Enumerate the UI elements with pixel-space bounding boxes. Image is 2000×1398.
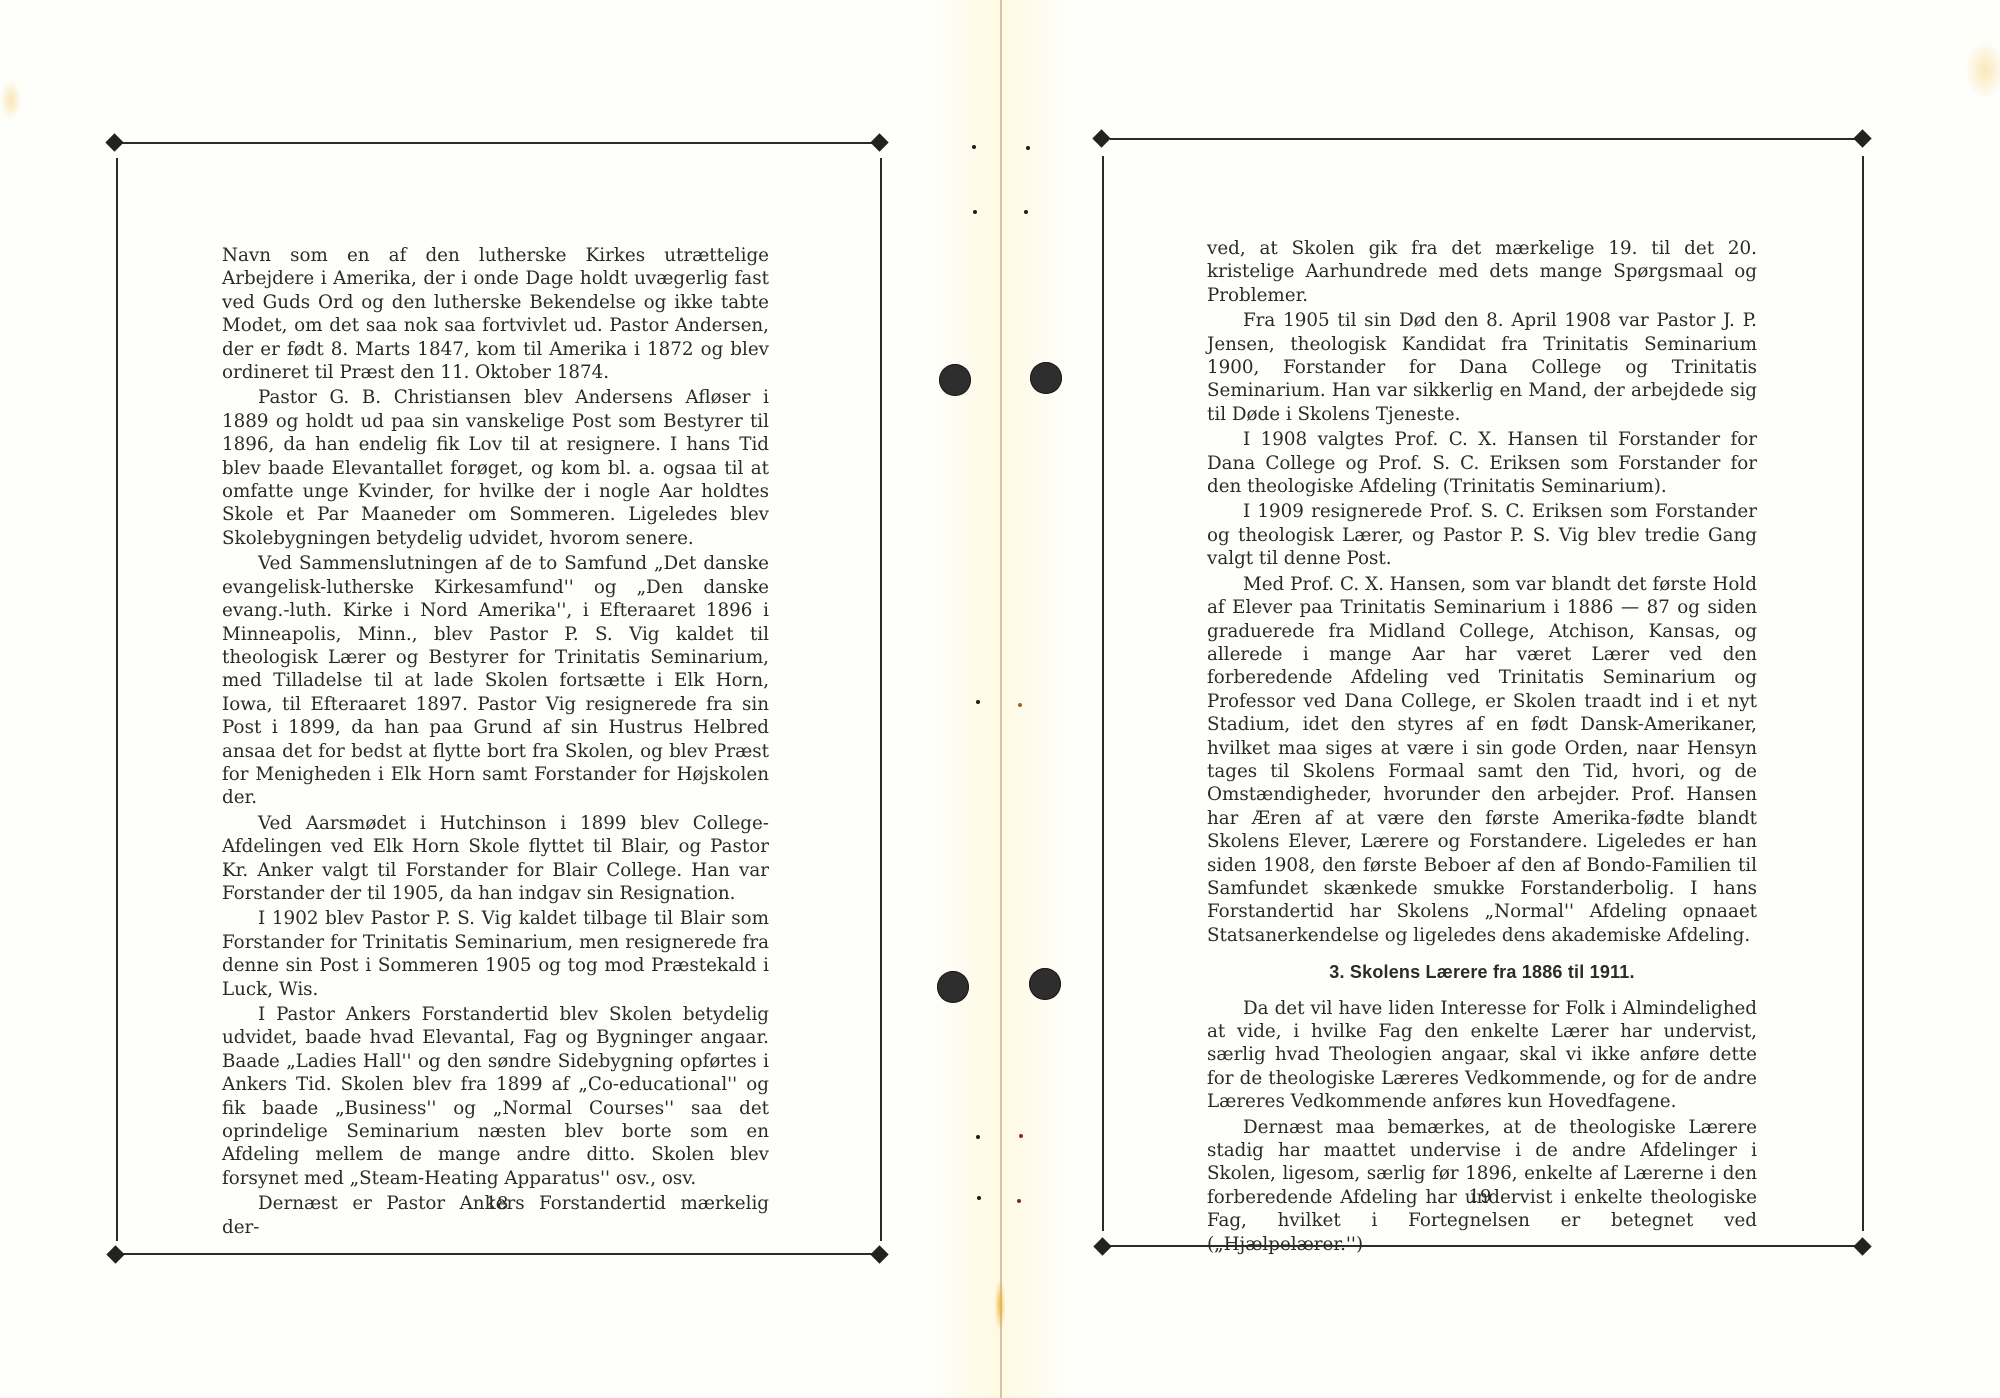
punch-hole bbox=[1030, 362, 1062, 394]
paragraph: I 1902 blev Pastor P. S. Vig kaldet tilb… bbox=[222, 907, 769, 1001]
book-spread: Navn som en af den lutherske Kirkes utræ… bbox=[0, 0, 2000, 1398]
binding-speck bbox=[972, 145, 976, 149]
paper-stain bbox=[0, 80, 22, 120]
paper-stain bbox=[1965, 40, 2000, 100]
paragraph: I 1908 valgtes Prof. C. X. Hansen til Fo… bbox=[1207, 428, 1757, 498]
corner-diamond-icon bbox=[870, 1245, 888, 1263]
page-border-left bbox=[1102, 156, 1104, 1231]
corner-diamond-icon bbox=[106, 1245, 124, 1263]
page-border-top bbox=[120, 142, 880, 144]
binding-speck bbox=[1018, 703, 1022, 707]
paragraph: Navn som en af den lutherske Kirkes utræ… bbox=[222, 244, 769, 384]
paragraph: Med Prof. C. X. Hansen, som var blandt d… bbox=[1207, 573, 1757, 948]
corner-diamond-icon bbox=[870, 133, 888, 151]
corner-diamond-icon bbox=[1092, 129, 1110, 147]
binding-speck bbox=[973, 210, 977, 214]
paragraph: I 1909 resignerede Prof. S. C. Eriksen s… bbox=[1207, 500, 1757, 570]
page-border-right bbox=[1862, 156, 1864, 1231]
paragraph: Da det vil have liden Interesse for Folk… bbox=[1207, 997, 1757, 1114]
right-page-body: ved, at Skolen gik fra det mærkelige 19.… bbox=[1207, 237, 1757, 1258]
page-number: 19 bbox=[1430, 1186, 1530, 1207]
corner-diamond-icon bbox=[105, 133, 123, 151]
binding-speck bbox=[1026, 146, 1030, 150]
paragraph: Ved Sammenslutningen af de to Samfund „D… bbox=[222, 552, 769, 809]
corner-diamond-icon bbox=[1853, 1237, 1871, 1255]
page-number: 18 bbox=[447, 1193, 547, 1214]
binding-speck bbox=[976, 700, 980, 704]
binding-speck bbox=[1019, 1134, 1023, 1138]
book-spine bbox=[1000, 0, 1002, 1398]
paragraph: Fra 1905 til sin Død den 8. April 1908 v… bbox=[1207, 309, 1757, 426]
binding-speck bbox=[1017, 1199, 1021, 1203]
corner-diamond-icon bbox=[1853, 129, 1871, 147]
paragraph: Pastor G. B. Christiansen blev Andersens… bbox=[222, 386, 769, 550]
paragraph: ved, at Skolen gik fra det mærkelige 19.… bbox=[1207, 237, 1757, 307]
paragraph: Ved Aarsmødet i Hutchinson i 1899 blev C… bbox=[222, 812, 769, 906]
punch-hole bbox=[1029, 968, 1061, 1000]
page-border-left bbox=[116, 158, 118, 1241]
page-border-bottom bbox=[120, 1253, 880, 1255]
left-page-body: Navn som en af den lutherske Kirkes utræ… bbox=[222, 244, 769, 1241]
binding-speck bbox=[977, 1196, 981, 1200]
punch-hole bbox=[937, 971, 969, 1003]
punch-hole bbox=[939, 364, 971, 396]
page-border-top bbox=[1110, 138, 1862, 140]
page-border-right bbox=[880, 158, 882, 1241]
corner-diamond-icon bbox=[1093, 1237, 1111, 1255]
binding-speck bbox=[1024, 210, 1028, 214]
section-heading: 3. Skolens Lærere fra 1886 til 1911. bbox=[1207, 961, 1757, 984]
binding-speck bbox=[976, 1135, 980, 1139]
spine-stain bbox=[995, 1280, 1005, 1330]
paragraph: I Pastor Ankers Forstandertid blev Skole… bbox=[222, 1003, 769, 1190]
